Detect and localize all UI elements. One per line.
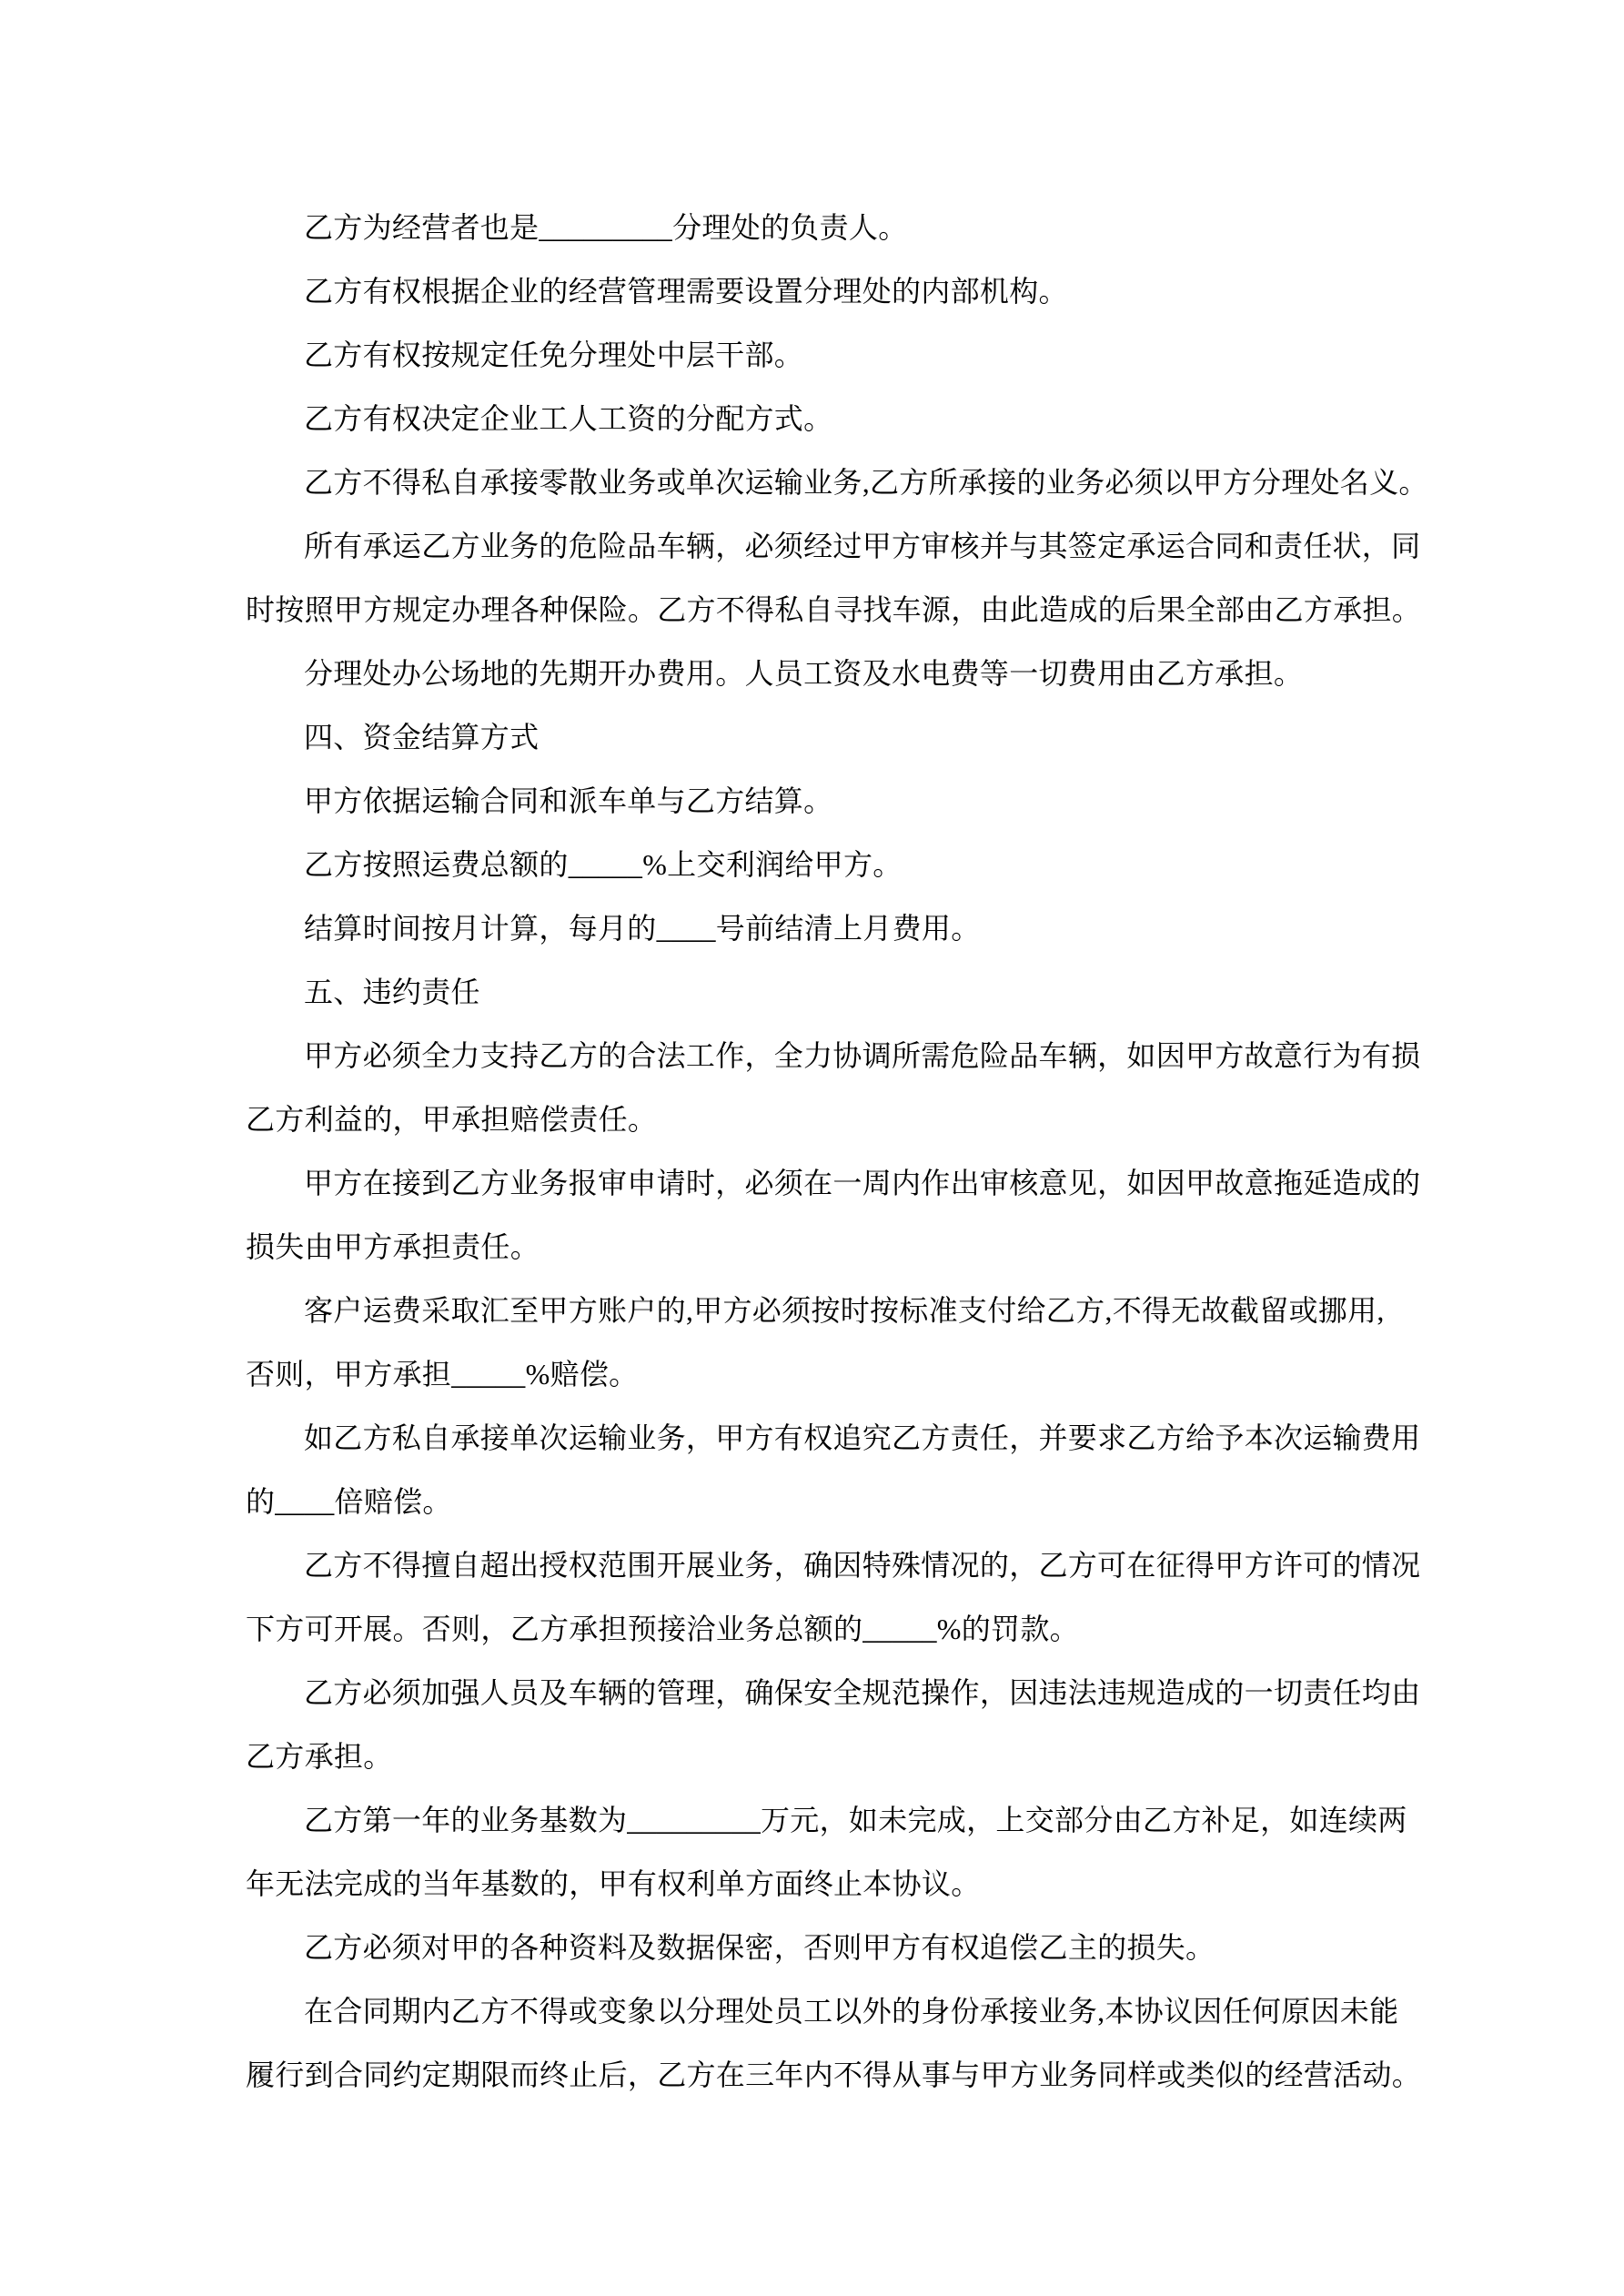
contract-line-with-blank: 否则，甲方承担_____%赔偿。 <box>246 1342 1456 1406</box>
contract-line: 甲方必须全力支持乙方的合法工作，全力协调所需危险品车辆，如因甲方故意行为有损 <box>246 1024 1456 1087</box>
contract-line-with-blank: 的____倍赔偿。 <box>246 1470 1456 1533</box>
section-heading-breach: 五、违约责任 <box>246 960 1456 1024</box>
contract-line: 乙方必须对甲的各种资料及数据保密，否则甲方有权追偿乙主的损失。 <box>246 1916 1456 1979</box>
contract-line: 所有承运乙方业务的危险品车辆，必须经过甲方审核并与其签定承运合同和责任状，同 <box>246 514 1456 578</box>
contract-line: 乙方不得私自承接零散业务或单次运输业务,乙方所承接的业务必须以甲方分理处名义。 <box>246 450 1456 514</box>
contract-line-with-blank: 结算时间按月计算，每月的____号前结清上月费用。 <box>246 896 1456 960</box>
contract-line-with-blank: 乙方第一年的业务基数为_________万元，如未完成，上交部分由乙方补足，如连… <box>246 1788 1456 1852</box>
contract-line: 甲方依据运输合同和派车单与乙方结算。 <box>246 769 1456 833</box>
contract-line: 乙方有权决定企业工人工资的分配方式。 <box>246 387 1456 450</box>
contract-line: 乙方不得擅自超出授权范围开展业务，确因特殊情况的，乙方可在征得甲方许可的情况 <box>246 1533 1456 1597</box>
contract-line: 乙方必须加强人员及车辆的管理，确保安全规范操作，因违法违规造成的一切责任均由 <box>246 1661 1456 1725</box>
contract-line: 时按照甲方规定办理各种保险。乙方不得私自寻找车源，由此造成的后果全部由乙方承担。 <box>246 578 1456 642</box>
contract-line: 年无法完成的当年基数的，甲有权利单方面终止本协议。 <box>246 1852 1456 1916</box>
contract-line-with-blank: 乙方按照运费总额的_____%上交利润给甲方。 <box>246 833 1456 896</box>
contract-line-with-blank: 下方可开展。否则，乙方承担预接洽业务总额的_____%的罚款。 <box>246 1597 1456 1661</box>
section-heading-settlement: 四、资金结算方式 <box>246 705 1456 769</box>
contract-line: 分理处办公场地的先期开办费用。人员工资及水电费等一切费用由乙方承担。 <box>246 642 1456 705</box>
contract-line: 如乙方私自承接单次运输业务，甲方有权追究乙方责任，并要求乙方给予本次运输费用 <box>246 1406 1456 1470</box>
contract-line: 乙方利益的，甲承担赔偿责任。 <box>246 1087 1456 1151</box>
contract-line: 在合同期内乙方不得或变象以分理处员工以外的身份承接业务,本协议因任何原因未能 <box>246 1979 1456 2043</box>
contract-line: 乙方有权根据企业的经营管理需要设置分理处的内部机构。 <box>246 259 1456 323</box>
document-page: 乙方为经营者也是_________分理处的负责人。 乙方有权根据企业的经营管理需… <box>0 0 1624 2296</box>
contract-line: 履行到合同约定期限而终止后，乙方在三年内不得从事与甲方业务同样或类似的经营活动。 <box>246 2043 1456 2107</box>
contract-line: 损失由甲方承担责任。 <box>246 1215 1456 1279</box>
contract-line: 乙方有权按规定任免分理处中层干部。 <box>246 323 1456 387</box>
contract-line-with-blank: 乙方为经营者也是_________分理处的负责人。 <box>246 196 1456 259</box>
contract-text-block: 乙方为经营者也是_________分理处的负责人。 乙方有权根据企业的经营管理需… <box>246 196 1456 2107</box>
contract-line: 乙方承担。 <box>246 1725 1456 1788</box>
contract-line: 甲方在接到乙方业务报审申请时，必须在一周内作出审核意见，如因甲故意拖延造成的 <box>246 1151 1456 1215</box>
contract-line: 客户运费采取汇至甲方账户的,甲方必须按时按标准支付给乙方,不得无故截留或挪用, <box>246 1279 1456 1342</box>
